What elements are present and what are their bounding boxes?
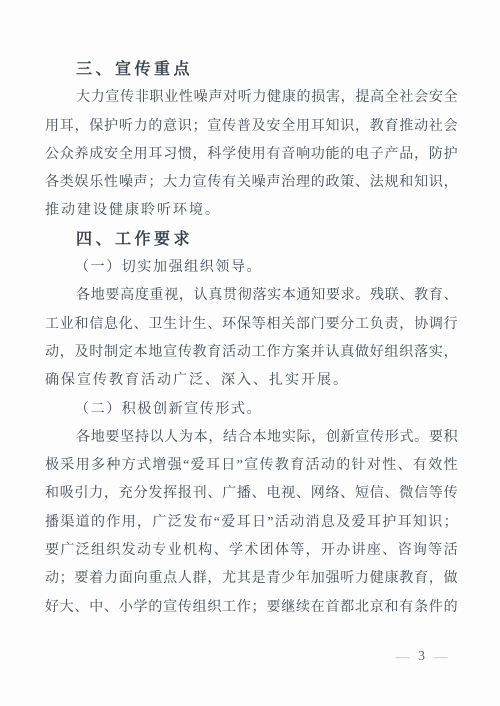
footer-dash-right: —: [433, 648, 447, 666]
section-heading: 三、宣传重点: [45, 56, 458, 84]
page-number: 3: [418, 648, 425, 666]
text-line: 确保宣传教育活动广泛、深入、扎实开展。: [45, 367, 458, 395]
text-line: 播渠道的作用，广泛发布“爱耳日”活动消息及爱耳护耳知识；: [45, 509, 458, 537]
document-body: 三、宣传重点大力宣传非职业性噪声对听力健康的损害，提高全社会安全用耳，保护听力的…: [45, 56, 458, 622]
page-footer: — 3 —: [396, 648, 447, 666]
text-line: 推动建设健康聆听环境。: [45, 197, 458, 225]
subsection-heading: （二）积极创新宣传形式。: [45, 396, 458, 424]
text-line: 公众养成安全用耳习惯，科学使用有音响功能的电子产品，防护: [45, 141, 458, 169]
text-line: 和吸引力，充分发挥报刊、广播、电视、网络、短信、微信等传: [45, 480, 458, 508]
footer-dash-left: —: [395, 648, 409, 666]
text-line: 极采用多种方式增强“爱耳日”宣传教育活动的针对性、有效性: [45, 452, 458, 480]
text-line: 各地要高度重视，认真贯彻落实本通知要求。残联、教育、: [45, 282, 458, 310]
section-heading: 四、工作要求: [45, 226, 458, 254]
text-line: 大力宣传非职业性噪声对听力健康的损害，提高全社会安全: [45, 84, 458, 112]
text-line: 动，及时制定本地宣传教育活动工作方案并认真做好组织落实，: [45, 339, 458, 367]
text-line: 要广泛组织发动专业机构、学术团体等，开办讲座、咨询等活: [45, 537, 458, 565]
subsection-heading: （一）切实加强组织领导。: [45, 254, 458, 282]
text-line: 工业和信息化、卫生计生、环保等相关部门要分工负责，协调行: [45, 311, 458, 339]
text-line: 各地要坚持以人为本，结合本地实际，创新宣传形式。要积: [45, 424, 458, 452]
text-line: 用耳，保护听力的意识；宣传普及安全用耳知识，教育推动社会: [45, 113, 458, 141]
text-line: 动；要着力面向重点人群，尤其是青少年加强听力健康教育，做: [45, 565, 458, 593]
text-line: 各类娱乐性噪声；大力宣传有关噪声治理的政策、法规和知识，: [45, 169, 458, 197]
document-page: 三、宣传重点大力宣传非职业性噪声对听力健康的损害，提高全社会安全用耳，保护听力的…: [0, 0, 500, 706]
text-line: 好大、中、小学的宣传组织工作；要继续在首都北京和有条件的: [45, 594, 458, 622]
